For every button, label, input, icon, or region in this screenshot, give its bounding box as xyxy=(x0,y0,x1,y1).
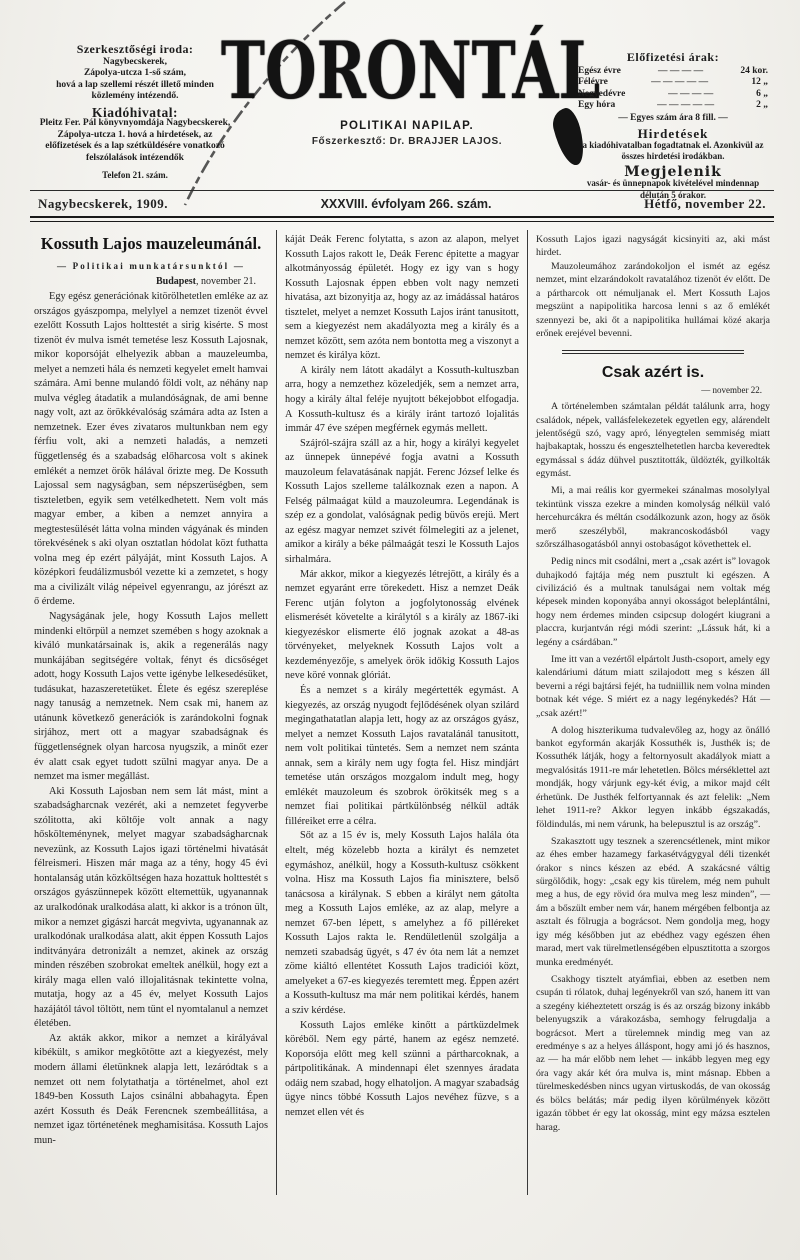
column-3: Kossuth Lajos igazi nagyságát kicsinyiti… xyxy=(528,230,778,1195)
article1-title: Kossuth Lajos mauzeleumánál. xyxy=(34,234,268,254)
ads-heading: Hirdetések xyxy=(574,128,772,140)
paragraph: Sőt az a 15 év is, mely Kossuth Lajos ha… xyxy=(285,829,519,1018)
article1-dateline-city: Budapest xyxy=(156,276,196,287)
paragraph: Mauzoleumához zarándokoljon el ismét az … xyxy=(536,260,770,341)
paragraph: A dolog hiszterikuma tudvalevőleg az, ho… xyxy=(536,724,770,832)
paragraph: Szájról-szájra száll az a hir, hogy a ki… xyxy=(285,437,519,568)
article-columns: Kossuth Lajos mauzeleumánál. — Politikai… xyxy=(26,230,778,1195)
rate-value: 6 „ xyxy=(756,89,768,101)
paragraph: Nagyságának jele, hogy Kossuth Lajos mel… xyxy=(34,610,268,785)
rate-label: Félévre xyxy=(578,77,608,89)
paragraph: Mi, a mai reális kor gyermekei szánalmas… xyxy=(536,484,770,551)
column-2: káját Deák Ferenc folytatta, s azon az a… xyxy=(276,230,528,1195)
paragraph: Ime itt van a vezértől elpártolt Justh-c… xyxy=(536,653,770,720)
paragraph: A király nem látott akadályt a Kossuth-k… xyxy=(285,364,519,437)
subscription-box: Előfizetési árak: Egész évre — — — — 24 … xyxy=(574,52,772,201)
paragraph: És a nemzet s a király megértették egymá… xyxy=(285,684,519,829)
paragraph: Csakhogy tisztelt atyámfiai, ebben az es… xyxy=(536,973,770,1134)
rate-label: Egész évre xyxy=(578,66,621,78)
office-phone: Telefon 21. szám. xyxy=(36,170,234,182)
dateline-bar: Nagybecskerek, 1909. XXXVIII. évfolyam 2… xyxy=(30,190,774,222)
editorial-office-box: Szerkesztőségi iroda: Nagybecskerek, Záp… xyxy=(36,44,234,182)
rate-dashes: — — — — xyxy=(621,66,741,78)
paragraph: Pedig nincs mit csodálni, mert a „csak a… xyxy=(536,555,770,649)
rate-dashes: — — — — — xyxy=(608,77,751,89)
paragraph: Aki Kossuth Lajosban nem sem lát mást, m… xyxy=(34,785,268,1032)
ads-text: a kiadóhivatalban fogadtatnak el. Azonki… xyxy=(574,140,772,163)
article1-dateline-rest: , november 21. xyxy=(196,276,256,287)
article1-byline: — Politikai munkatársunktól — xyxy=(34,261,268,271)
office-city: Nagybecskerek, xyxy=(36,57,234,69)
paragraph: Már akkor, mikor a kiegyezés létrejött, … xyxy=(285,568,519,684)
article1-dateline: Budapest, november 21. xyxy=(34,276,268,287)
rate-label: Negyedévre xyxy=(578,89,625,101)
dateline-issue: XXXVIII. évfolyam 266. szám. xyxy=(321,197,492,211)
section-divider-rule xyxy=(562,350,744,355)
publish-heading: Megjelenik xyxy=(574,167,772,179)
rate-row: Egy hóra — — — — — 2 „ xyxy=(574,100,772,112)
single-issue-price: — Egyes szám ára 8 fill. — xyxy=(574,113,772,125)
masthead: TORONTÁL POLITIKAI NAPILAP. Főszerkesztő… xyxy=(228,32,586,147)
office-note: hová a lap szellemi részét illető minden… xyxy=(36,80,234,103)
rate-row: Egész évre — — — — 24 kor. xyxy=(574,66,772,78)
rate-value: 24 kor. xyxy=(740,66,768,78)
office-street: Zápolya-utcza 1-ső szám, xyxy=(36,68,234,80)
paragraph: káját Deák Ferenc folytatta, s azon az a… xyxy=(285,233,519,364)
publisher-note: Pleitz Fer. Pál könyvnyomdája Nagybecske… xyxy=(36,118,234,164)
article2-dateline: — november 22. xyxy=(536,385,770,395)
article2-title: Csak azért is. xyxy=(536,364,770,382)
paragraph: Az akták akkor, mikor a nemzet a királyá… xyxy=(34,1032,268,1148)
newspaper-header: Szerkesztőségi iroda: Nagybecskerek, Záp… xyxy=(0,0,800,226)
rate-label: Egy hóra xyxy=(578,100,615,112)
paragraph: Kossuth Lajos emléke kinőtt a pártküzdel… xyxy=(285,1019,519,1121)
rate-dashes: — — — — xyxy=(625,89,756,101)
paragraph: Szakasztott ugy tesznek a szerencsétlene… xyxy=(536,835,770,970)
dateline-place: Nagybecskerek, 1909. xyxy=(38,196,168,212)
double-rule xyxy=(30,216,774,222)
newspaper-title: TORONTÁL xyxy=(221,32,593,148)
rate-value: 2 „ xyxy=(756,100,768,112)
column-1: Kossuth Lajos mauzeleumánál. — Politikai… xyxy=(26,230,276,1195)
rate-dashes: — — — — — xyxy=(615,100,756,112)
rate-row: Félévre — — — — — 12 „ xyxy=(574,77,772,89)
office-heading: Szerkesztőségi iroda: xyxy=(36,44,234,56)
paragraph: A történelemben számtalan példát találun… xyxy=(536,400,770,481)
paragraph: Kossuth Lajos igazi nagyságát kicsinyiti… xyxy=(536,233,770,260)
paragraph: Egy egész generációnak kitörölhetetlen e… xyxy=(34,290,268,610)
rate-row: Negyedévre — — — — 6 „ xyxy=(574,89,772,101)
dateline-date: Hétfő, november 22. xyxy=(644,196,766,212)
subscription-heading: Előfizetési árak: xyxy=(574,52,772,64)
publisher-heading: Kiadóhivatal: xyxy=(36,107,234,119)
rate-value: 12 „ xyxy=(751,77,768,89)
